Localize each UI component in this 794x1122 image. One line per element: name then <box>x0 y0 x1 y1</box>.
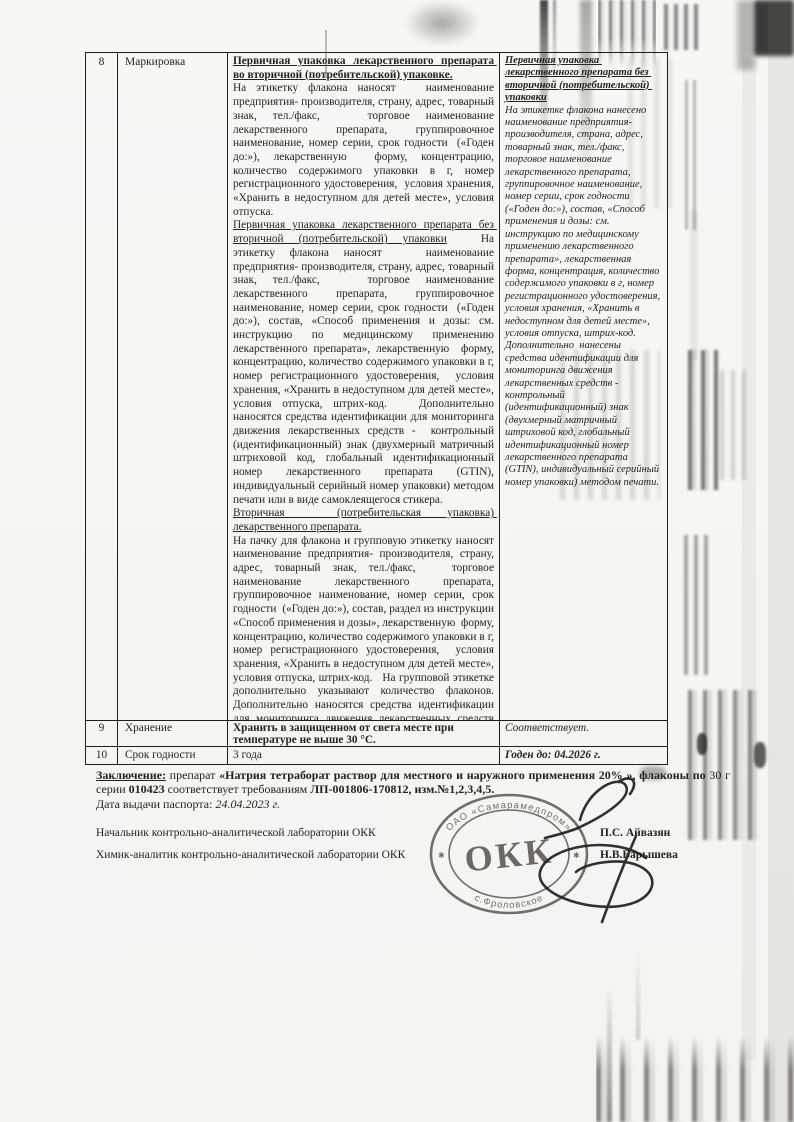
result-body: На этикетке флакона нанесено наименовани… <box>505 105 662 490</box>
result-cell: Первичная упаковка лекарственного препар… <box>500 53 667 720</box>
scan-artifact <box>636 950 640 1040</box>
paragraph-body: На пачку для флакона и групповую этикетк… <box>233 535 494 720</box>
result-cell: Соответствует. <box>500 721 667 746</box>
scan-artifact <box>754 0 794 56</box>
table-row-marking: 8 Маркировка Первичная упаковка лекарств… <box>86 53 667 721</box>
date-value: 24.04.2023 г. <box>215 797 280 811</box>
scan-artifact <box>664 4 704 50</box>
requirement-cell: Первичная упаковка лекарственного препар… <box>228 53 500 720</box>
conclusion-segment: соответствует требованиям <box>165 782 311 796</box>
row-number-cell: 10 <box>86 747 118 764</box>
scan-artifact <box>688 690 758 840</box>
requirement-cell: 3 года <box>228 747 500 764</box>
scan-artifact <box>596 1036 794 1122</box>
signature-stroke-2b <box>602 836 636 922</box>
param-name-cell: Маркировка <box>118 53 228 720</box>
signature-stroke-2 <box>540 845 653 907</box>
paragraph-heading: Первичная упаковка лекарственного препар… <box>233 55 494 82</box>
scan-artifact <box>688 350 718 490</box>
result-cell: Годен до: 04.2026 г. <box>500 747 667 764</box>
handwritten-signatures <box>518 772 688 932</box>
table-row-shelf-life: 10 Срок годности 3 года Годен до: 04.202… <box>86 747 667 764</box>
table-row-storage: 9 Хранение Хранить в защищенном от света… <box>86 721 667 747</box>
row-number-cell: 9 <box>86 721 118 746</box>
paragraph-body: На этикетку флакона наносят наименование… <box>233 82 494 219</box>
series-number: 010423 <box>129 782 165 796</box>
signer-role: Начальник контрольно-аналитической лабор… <box>96 827 376 839</box>
scan-artifact <box>720 370 746 480</box>
scan-artifact <box>697 733 707 755</box>
scan-artifact <box>685 80 699 230</box>
result-heading: Первичная упаковка лекарственного препар… <box>505 55 662 105</box>
scan-artifact <box>690 210 698 360</box>
paragraph-heading: Вторичная (потребительская упаковка) лек… <box>233 507 494 534</box>
row-number-cell: 8 <box>86 53 118 720</box>
requirement-cell: Хранить в защищенном от света месте при … <box>228 721 500 746</box>
conclusion-label: Заключение: <box>96 768 166 782</box>
scan-artifact <box>754 742 766 768</box>
scan-artifact <box>737 0 755 70</box>
scan-artifact <box>768 0 794 1122</box>
param-name-cell: Срок годности <box>118 747 228 764</box>
conclusion-segment: препарат <box>166 768 219 782</box>
scan-artifact <box>742 60 756 1060</box>
scan-artifact <box>404 0 480 46</box>
date-label: Дата выдачи паспорта: <box>96 797 215 811</box>
scan-artifact <box>684 535 710 675</box>
spec-table: 8 Маркировка Первичная упаковка лекарств… <box>85 52 668 765</box>
signature-stroke-1 <box>545 782 627 838</box>
scan-artifact <box>607 985 612 1122</box>
param-name-cell: Хранение <box>118 721 228 746</box>
scanned-document-page: 8 Маркировка Первичная упаковка лекарств… <box>0 0 794 1122</box>
paragraph-mixed: Первичная упаковка лекарственного препар… <box>233 219 494 507</box>
stamp-star-left: ✱ <box>438 851 445 860</box>
passport-date-line: Дата выдачи паспорта: 24.04.2023 г. <box>96 797 280 812</box>
signer-role: Химик-аналитик контрольно-аналитической … <box>96 849 405 861</box>
